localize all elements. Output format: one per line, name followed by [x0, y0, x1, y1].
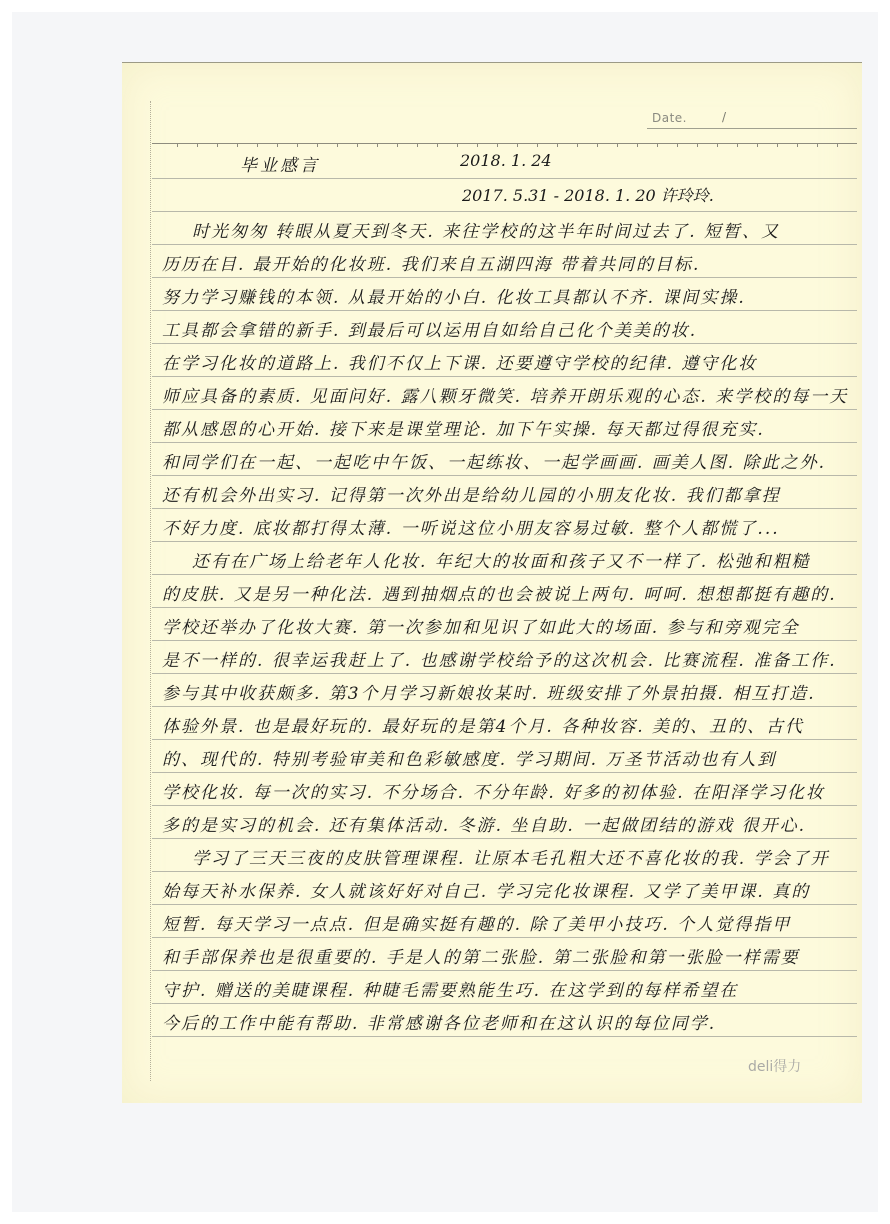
text-line: 今后的工作中能有帮助. 非常感谢各位老师和在这认识的每位同学.: [162, 1009, 852, 1034]
rule-line: [152, 739, 857, 740]
rule-line: [152, 376, 857, 377]
text-line: 还有在广场上给老年人化妆. 年纪大的妆面和孩子又不一样了. 松弛和粗糙: [162, 547, 852, 572]
letter-title: 毕业感言: [240, 151, 320, 176]
date-slash: /: [722, 110, 726, 124]
text-line: 工具都会拿错的新手. 到最后可以运用自如给自己化个美美的妆.: [162, 316, 852, 341]
date-label: Date.: [652, 111, 687, 125]
rule-line: [152, 706, 857, 707]
rule-line: [152, 1036, 857, 1037]
text-line: 守护. 赠送的美睫课程. 种睫毛需要熟能生巧. 在这学到的每样希望在: [162, 976, 852, 1001]
text-line: 学校还举办了化妆大赛. 第一次参加和见识了如此大的场面. 参与和旁观完全: [162, 613, 852, 638]
text-line: 时光匆匆 转眼从夏天到冬天. 来往学校的这半年时间过去了. 短暂、又: [162, 217, 852, 242]
rule-line: [152, 904, 857, 905]
text-line: 体验外景. 也是最好玩的. 最好玩的是第4个月. 各种妆容. 美的、丑的、古代: [162, 712, 852, 737]
rule-line: [152, 541, 857, 542]
rule-line: [152, 409, 857, 410]
brand-logo: deli得力: [748, 1056, 801, 1076]
rule-line: [152, 508, 857, 509]
rule-line: [152, 640, 857, 641]
rule-line: [152, 937, 857, 938]
text-line: 是不一样的. 很幸运我赶上了. 也感谢学校给予的这次机会. 比赛流程. 准备工作…: [162, 646, 852, 671]
rule-line: [152, 178, 857, 179]
text-line: 在学习化妆的道路上. 我们不仅上下课. 还要遵守学校的纪律. 遵守化妆: [162, 349, 852, 374]
text-line: 历历在目. 最开始的化妆班. 我们来自五湖四海 带着共同的目标.: [162, 250, 852, 275]
text-line: 和手部保养也是很重要的. 手是人的第二张脸. 第二张脸和第一张脸一样需要: [162, 943, 852, 968]
rule-line: [152, 970, 857, 971]
text-line: 始每天补水保养. 女人就该好好对自己. 学习完化妆课程. 又学了美甲课. 真的: [162, 877, 852, 902]
rule-line: [152, 343, 857, 344]
rule-line: [152, 244, 857, 245]
text-line: 学习了三天三夜的皮肤管理课程. 让原本毛孔粗大还不喜化妆的我. 学会了开: [162, 844, 852, 869]
rule-line: [152, 772, 857, 773]
text-line: 还有机会外出实习. 记得第一次外出是给幼儿园的小朋友化妆. 我们都拿捏: [162, 481, 852, 506]
text-line: 都从感恩的心开始. 接下来是课堂理论. 加下午实操. 每天都过得很充实.: [162, 415, 852, 440]
rule-line: [152, 442, 857, 443]
text-line: 努力学习赚钱的本领. 从最开始的小白. 化妆工具都认不齐. 课间实操.: [162, 283, 852, 308]
rule-line: [152, 607, 857, 608]
letter-date: 2018. 1. 24: [460, 151, 552, 170]
text-line: 多的是实习的机会. 还有集体活动. 冬游. 坐自助. 一起做团结的游戏 很开心.: [162, 811, 852, 836]
text-line: 师应具备的素质. 见面问好. 露八颗牙微笑. 培养开朗乐观的心态. 来学校的每一…: [162, 382, 852, 407]
text-line: 不好力度. 底妆都打得太薄. 一听说这位小朋友容易过敏. 整个人都慌了...: [162, 514, 852, 539]
rule-line: [152, 211, 857, 212]
study-period-signature: 2017. 5.31 - 2018. 1. 20 许玲玲.: [462, 183, 714, 206]
text-line: 短暂. 每天学习一点点. 但是确实挺有趣的. 除了美甲小技巧. 个人觉得指甲: [162, 910, 852, 935]
rule-line: [152, 277, 857, 278]
rule-line: [152, 871, 857, 872]
rule-line: [152, 310, 857, 311]
rule-line: [152, 475, 857, 476]
text-line: 的、现代的. 特别考验审美和色彩敏感度. 学习期间. 万圣节活动也有人到: [162, 745, 852, 770]
rule-line: [152, 574, 857, 575]
rule-line: [152, 805, 857, 806]
rule-line: [152, 838, 857, 839]
text-line: 学校化妆. 每一次的实习. 不分场合. 不分年龄. 好多的初体验. 在阳泽学习化…: [162, 778, 852, 803]
date-underline: [647, 128, 857, 129]
text-line: 参与其中收获颇多. 第3个月学习新娘妆某时. 班级安排了外景拍摄. 相互打造.: [162, 679, 852, 704]
text-line: 的皮肤. 又是另一种化法. 遇到抽烟点的也会被说上两句. 呵呵. 想想都挺有趣的…: [162, 580, 852, 605]
rule-line: [152, 1003, 857, 1004]
notebook-page: Date. / 毕业感言 2018. 1. 24 2017. 5.31 - 20…: [122, 62, 862, 1103]
ruler-ticks: [152, 143, 857, 147]
rule-line: [152, 673, 857, 674]
text-line: 和同学们在一起、一起吃中午饭、一起练妆、一起学画画. 画美人图. 除此之外.: [162, 448, 852, 473]
margin-line: [150, 101, 151, 1081]
